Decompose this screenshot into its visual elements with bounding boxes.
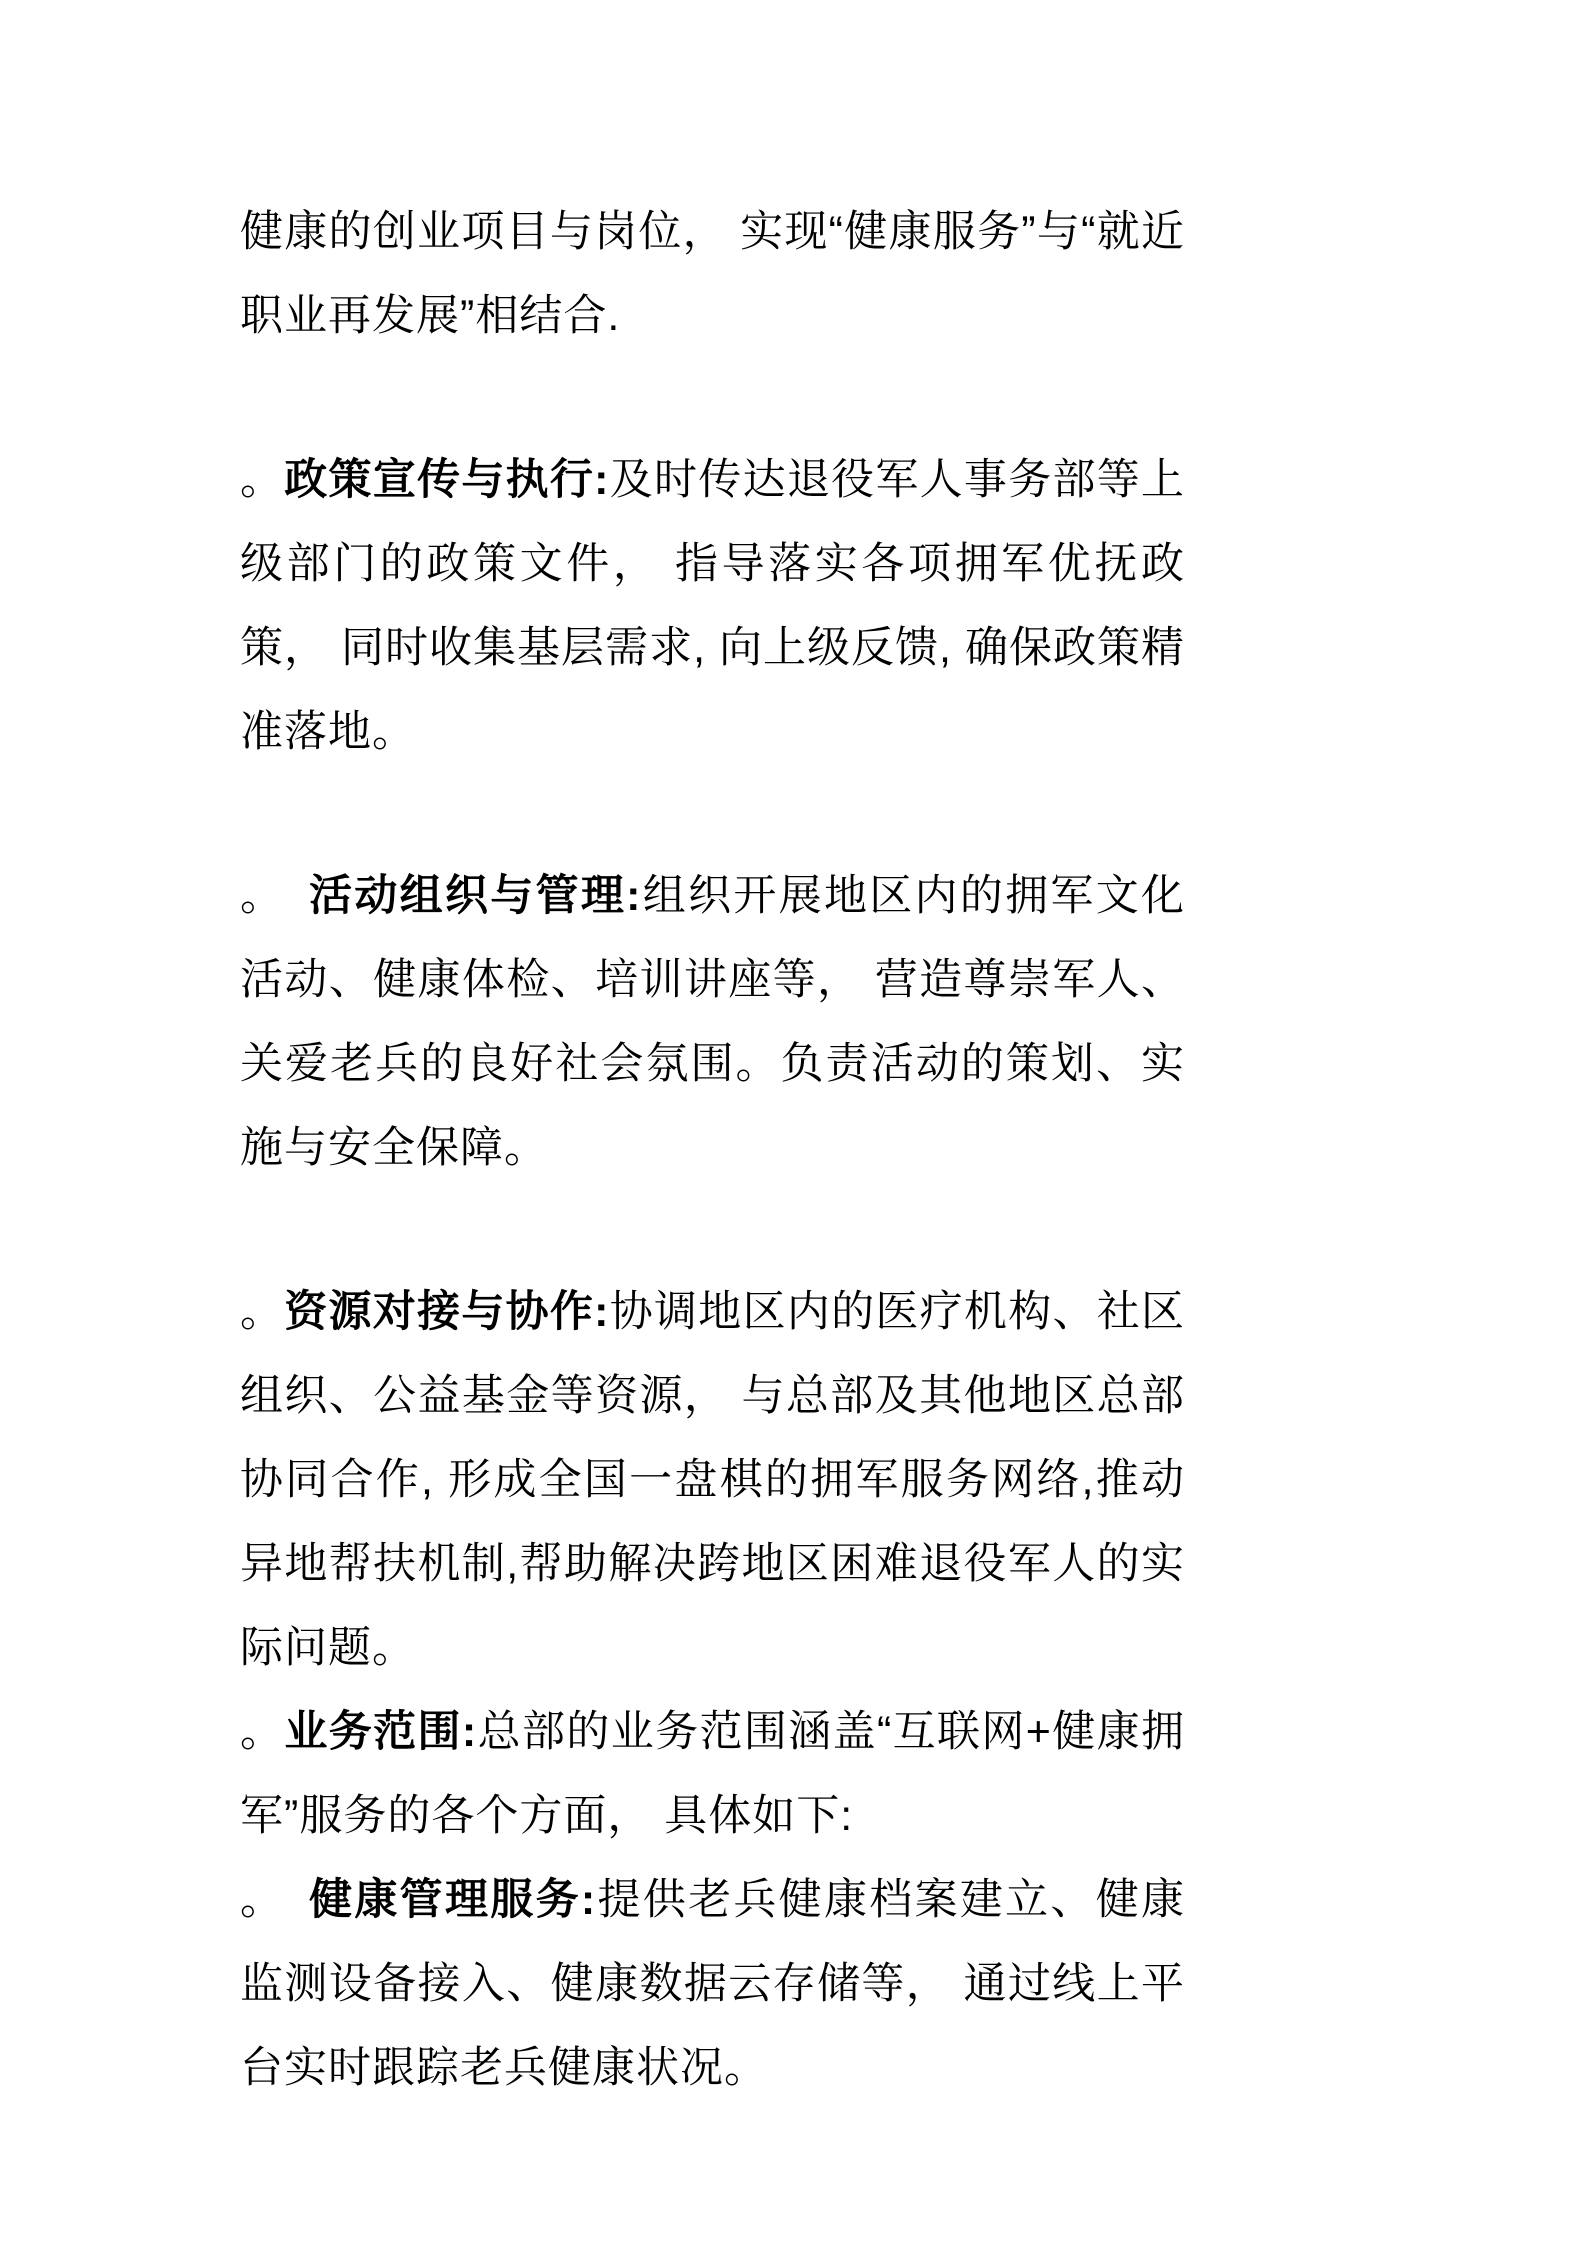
text-segment: 协调地区内的医疗机构、社区组织、公益基金等资源， 与总部及其他地区总部协同合作,… bbox=[240, 1288, 1185, 1672]
text-segment: 。 bbox=[240, 1288, 284, 1336]
text-segment: 。 bbox=[240, 1876, 309, 1924]
text-segment: 。 bbox=[240, 872, 309, 920]
paragraph-resource-connection-and-collaboration: 。资源对接与协作:协调地区内的医疗机构、社区组织、公益基金等资源， 与总部及其他… bbox=[240, 1270, 1185, 1690]
run-in-heading: 健康管理服务: bbox=[309, 1876, 596, 1924]
text-segment: 。 bbox=[240, 456, 284, 504]
document-body: 健康的创业项目与岗位， 实现“健康服务”与“就近职业再发展”相结合.。政策宣传与… bbox=[240, 190, 1185, 2110]
run-in-heading: 业务范围: bbox=[284, 1708, 477, 1756]
paragraph-intro-continuation: 健康的创业项目与岗位， 实现“健康服务”与“就近职业再发展”相结合. bbox=[240, 190, 1185, 358]
text-segment: 。 bbox=[240, 1708, 284, 1756]
paragraph-policy-promotion-and-execution: 。政策宣传与执行:及时传达退役军人事务部等上级部门的政策文件， 指导落实各项拥军… bbox=[240, 438, 1185, 774]
run-in-heading: 活动组织与管理: bbox=[309, 872, 641, 920]
paragraph-health-management-service: 。 健康管理服务:提供老兵健康档案建立、健康监测设备接入、健康数据云存储等， 通… bbox=[240, 1858, 1185, 2110]
paragraph-business-scope: 。业务范围:总部的业务范围涵盖“互联网+健康拥军”服务的各个方面， 具体如下: bbox=[240, 1690, 1185, 1858]
run-in-heading: 政策宣传与执行: bbox=[284, 456, 609, 504]
paragraph-activity-organization-and-management: 。 活动组织与管理:组织开展地区内的拥军文化活动、健康体检、培训讲座等， 营造尊… bbox=[240, 854, 1185, 1190]
run-in-heading: 资源对接与协作: bbox=[284, 1288, 609, 1336]
document-page: 健康的创业项目与岗位， 实现“健康服务”与“就近职业再发展”相结合.。政策宣传与… bbox=[0, 0, 1587, 2245]
text-segment: 健康的创业项目与岗位， 实现“健康服务”与“就近职业再发展”相结合. bbox=[240, 208, 1185, 340]
